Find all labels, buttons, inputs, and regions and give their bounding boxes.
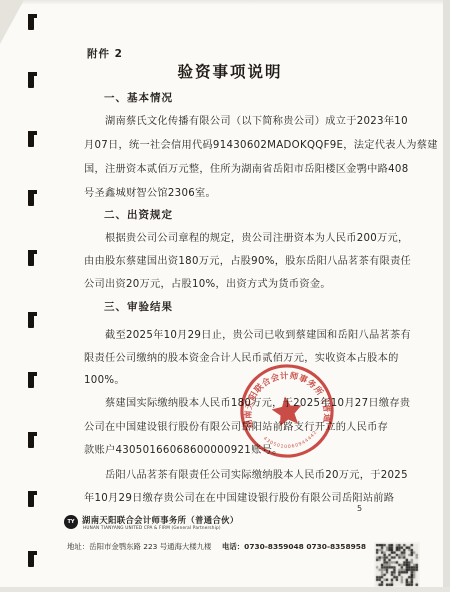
scan-edge-top bbox=[0, 0, 450, 5]
body-line: 年10月29日缴存贵公司在在中国建设银行股份有限公司岳阳站前路 bbox=[84, 489, 394, 504]
body-line: 国，注册资本贰佰万元整，住所为湖南省岳阳市岳阳楼区金鹗中路408 bbox=[84, 160, 408, 175]
footer-phone: 电话：0730-8359048 0730-8358958 bbox=[222, 541, 366, 552]
body-line: 月07日，统一社会信用代码91430602MADOKQQF9E，法定代表人为蔡建 bbox=[84, 136, 438, 151]
attachment-label: 附件 2 bbox=[87, 46, 123, 61]
scan-artifact bbox=[28, 14, 34, 30]
scan-edge-right bbox=[443, 0, 450, 592]
scan-corner bbox=[0, 0, 24, 44]
scan-artifact bbox=[28, 372, 34, 388]
section-heading-2: 二、出资规定 bbox=[104, 207, 173, 222]
firm-name-english: HUNAN TIANYANG UNITED CPA & FIRM (Genera… bbox=[83, 525, 221, 530]
scan-artifact bbox=[28, 131, 34, 147]
red-seal-stamp: 湖南天阳联合会计师事务所（普通合伙） 4305010060944442 bbox=[232, 356, 343, 467]
body-line: 公司在中国建设银行股份有限公司岳阳站前路支行开立的人民币存 bbox=[84, 418, 388, 433]
seal-organization: 湖南天阳联合会计师事务所（普通合伙） bbox=[232, 356, 334, 437]
document-page: 附件 2 验资事项说明 一、基本情况 湖南蔡氏文化传播有限公司（以下简称贵公司）… bbox=[0, 0, 450, 592]
scan-artifact bbox=[28, 551, 34, 567]
scan-artifact bbox=[28, 312, 34, 328]
page-title: 验资事项说明 bbox=[84, 60, 376, 82]
body-line: 湖南蔡氏文化传播有限公司（以下简称贵公司）成立于2023年10 bbox=[105, 112, 408, 127]
svg-text:湖南天阳联合会计师事务所（普通合伙）: 湖南天阳联合会计师事务所（普通合伙） bbox=[232, 356, 334, 437]
seal-star-icon bbox=[270, 394, 304, 427]
scan-edge-bottom bbox=[0, 587, 450, 592]
section-heading-1: 一、基本情况 bbox=[104, 90, 173, 105]
body-line: 由由股东蔡建国出资180万元，占股90%，股东岳阳八品茗茶有限责任 bbox=[84, 252, 411, 267]
body-line: 岳阳八品茗茶有限责任公司实际缴纳股本人民币20万元，于2025 bbox=[105, 466, 408, 481]
body-line: 号圣鑫城财智公馆2306室。 bbox=[84, 184, 216, 199]
scan-artifact bbox=[28, 190, 34, 206]
scan-artifact bbox=[28, 491, 34, 507]
body-line: 截至2025年10月29日止，贵公司已收到蔡建国和岳阳八品茗茶有 bbox=[105, 326, 411, 341]
scan-artifact bbox=[28, 432, 34, 448]
qr-code bbox=[374, 542, 420, 588]
body-line: 100%。 bbox=[84, 371, 125, 386]
scan-artifact bbox=[28, 72, 34, 88]
body-line: 公司出资20万元，占股10%，出资方式为货币资金。 bbox=[84, 275, 331, 290]
footer-address: 地址：岳阳市金鹗东路 223 号通海大楼九楼 bbox=[67, 541, 211, 552]
section-heading-3: 三、审验结果 bbox=[104, 299, 173, 314]
body-line: 根据贵公司公司章程的规定，贵公司注册资本为人民币200万元， bbox=[105, 229, 409, 244]
firm-logo-icon: TY bbox=[64, 515, 78, 529]
body-line: 限责任公司缴纳的股本资金合计人民币贰佰万元，实收资本占股本的 bbox=[84, 349, 399, 364]
scan-artifact bbox=[28, 250, 34, 266]
page-number: 5 bbox=[357, 504, 362, 513]
